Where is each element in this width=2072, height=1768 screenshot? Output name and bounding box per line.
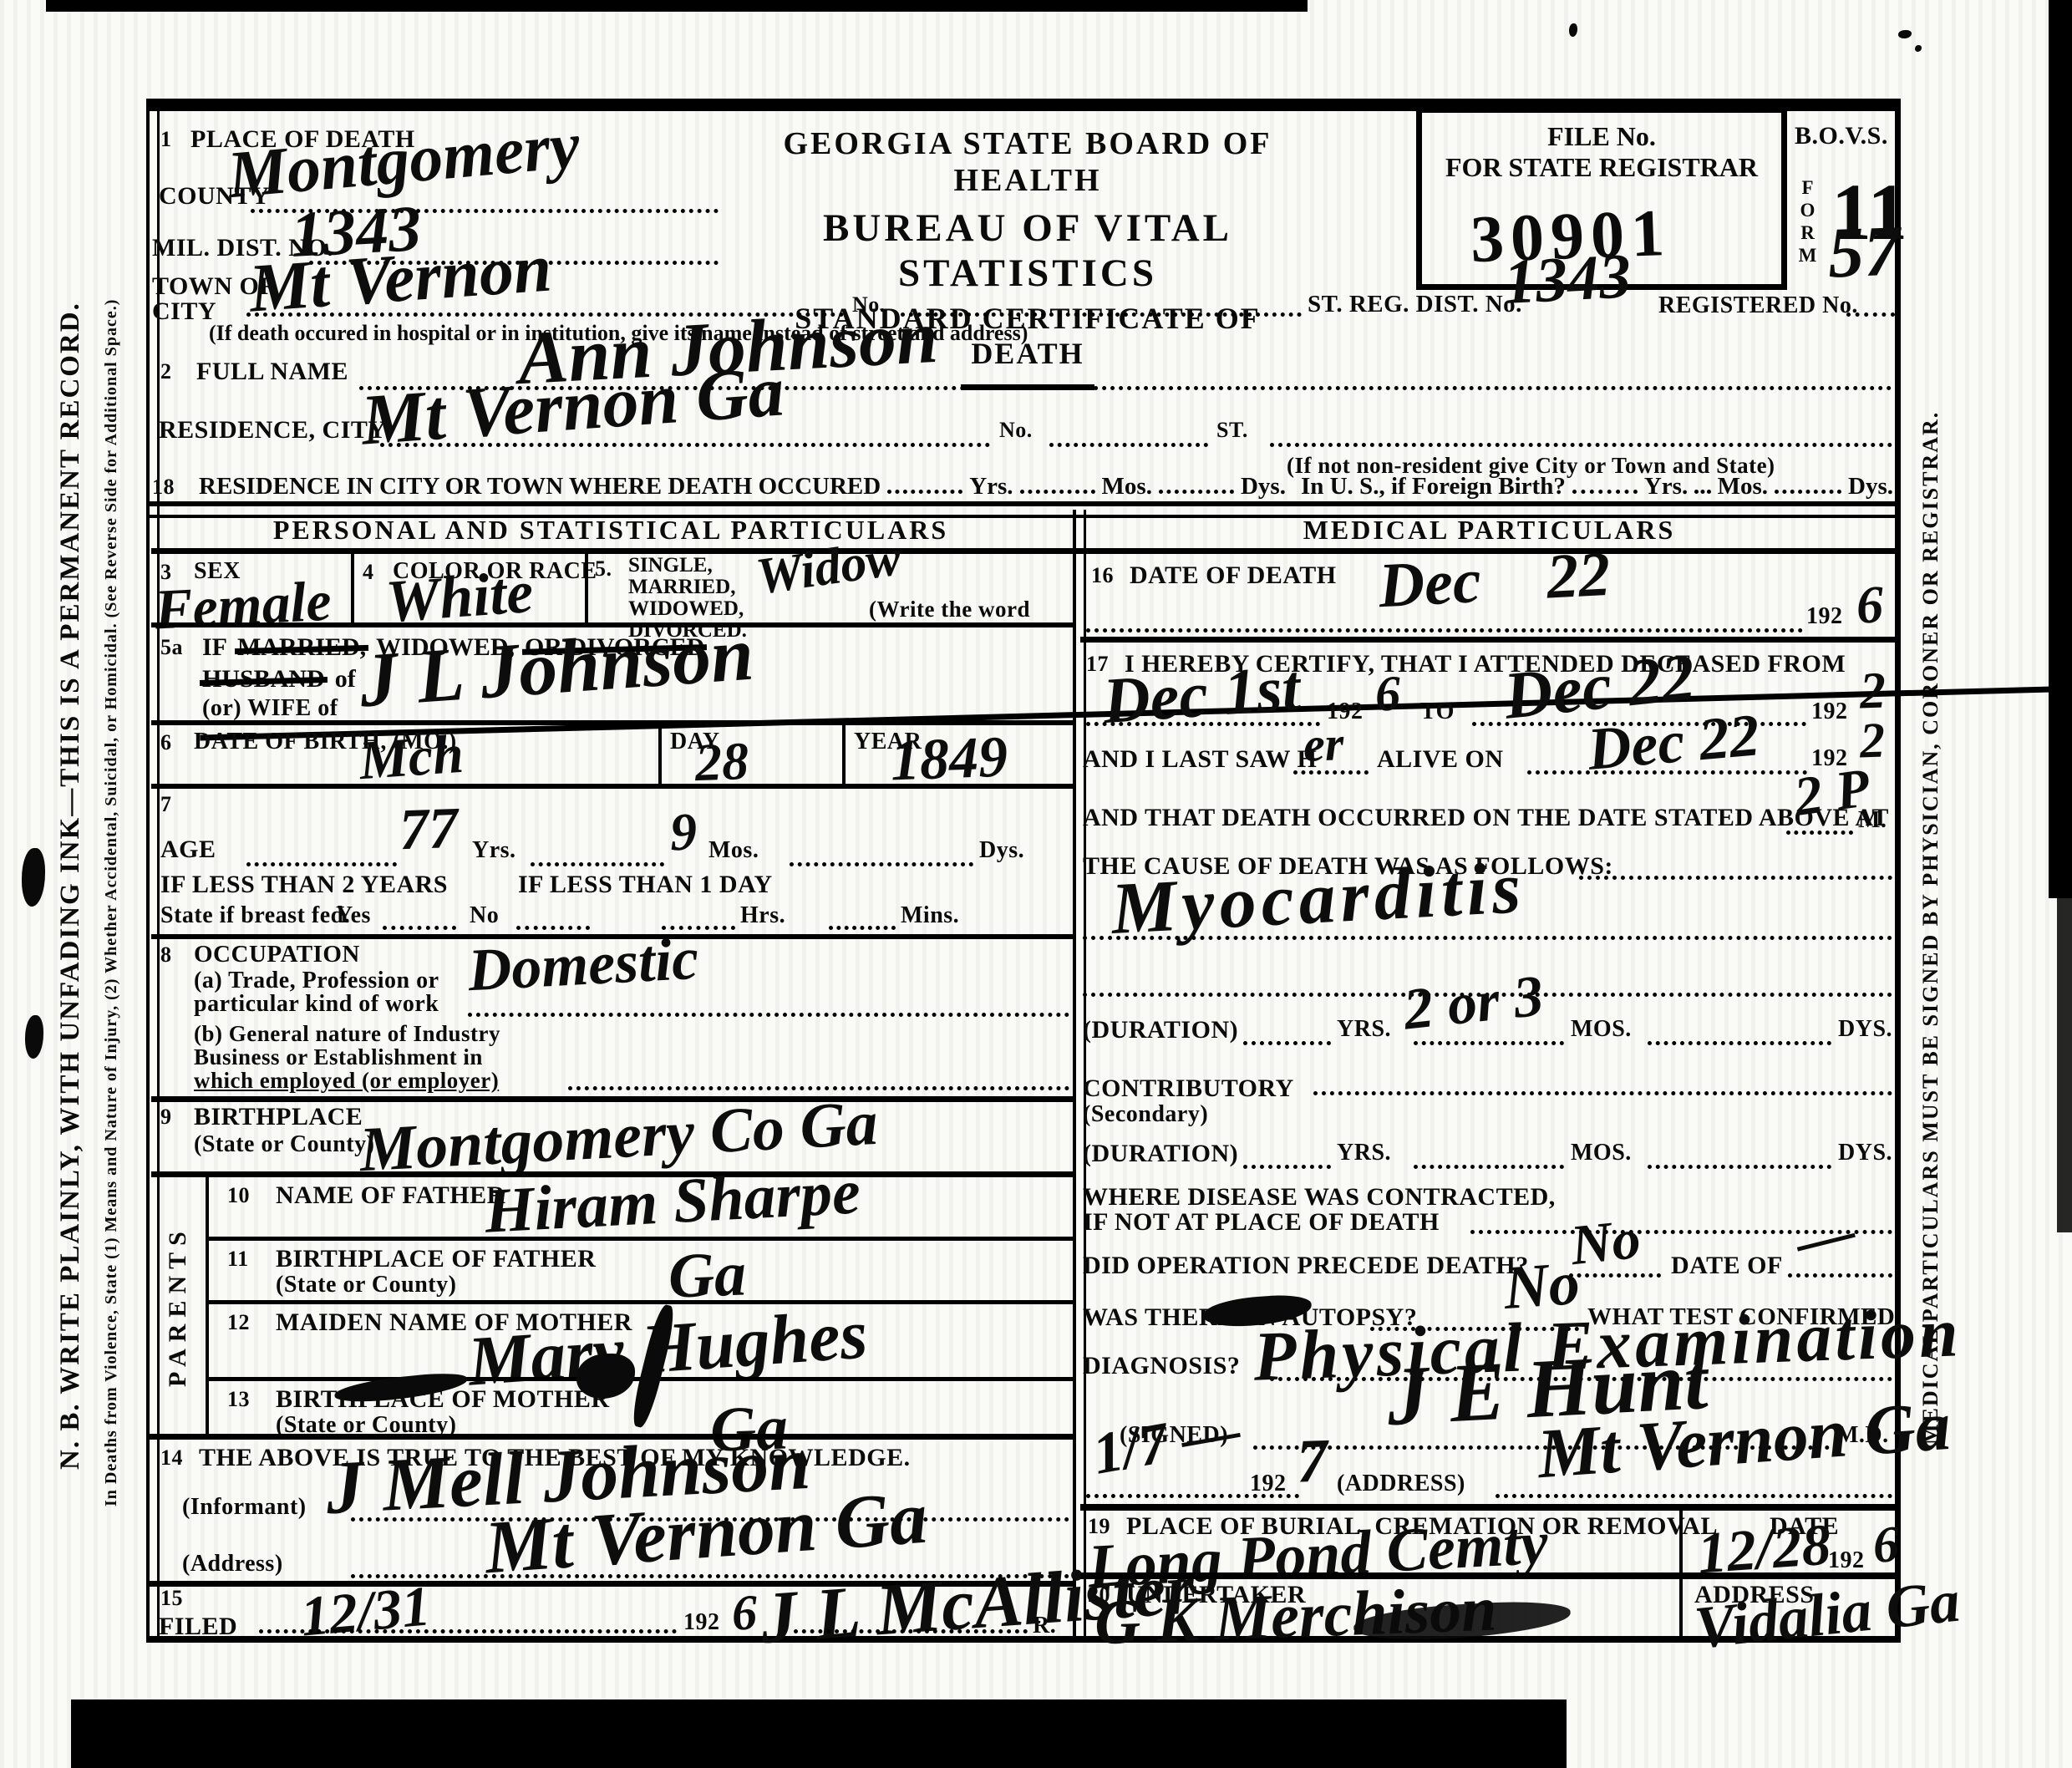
dod-line: [1086, 628, 1803, 633]
yrs2-label: Yrs.: [1644, 473, 1688, 500]
row-rule: [206, 1300, 1073, 1304]
residence-st-label: ST.: [1216, 418, 1248, 443]
husband-struck: HUSBAND: [202, 665, 325, 693]
ink-speck: [1898, 30, 1912, 38]
item9-number: 9: [160, 1105, 172, 1130]
item1-number: 1: [160, 127, 172, 152]
age-dys-line: [790, 862, 973, 866]
m5a-line2: HUSBAND of: [202, 665, 356, 693]
father-bp-sub: (State or County): [276, 1272, 456, 1298]
masthead-line2: BUREAU OF VITAL STATISTICS: [744, 206, 1312, 296]
burial-year-suf: 6: [1872, 1518, 1900, 1571]
town-no-line: [901, 312, 1302, 317]
last-saw-line2: [1527, 770, 1807, 775]
occupation-a-line: [468, 1013, 1069, 1017]
duration1-label: (DURATION): [1083, 1016, 1238, 1044]
informant-address-label: (Address): [182, 1551, 283, 1577]
scan-edge-right: [2049, 0, 2072, 898]
item8-number: 8: [160, 942, 172, 968]
cell-divider: [842, 724, 846, 784]
breast-no-label: No: [470, 902, 499, 929]
operation-line2: [1788, 1273, 1892, 1278]
residence-duration-label: RESIDENCE IN CITY OR TOWN WHERE DEATH OC…: [199, 473, 881, 500]
dod-year-suf: 6: [1856, 577, 1884, 632]
dob-day-value: 28: [694, 734, 749, 790]
yrs-label: Yrs.: [969, 473, 1013, 500]
of-word: of: [335, 665, 356, 693]
form-word-label: FORM: [1796, 177, 1818, 267]
registered-label: REGISTERED No.: [1658, 292, 1858, 319]
signed-year-suf: 7: [1296, 1430, 1329, 1492]
item15-number: 15: [160, 1586, 183, 1611]
occupation-label: OCCUPATION: [194, 941, 360, 968]
informant-label: (Informant): [182, 1494, 307, 1521]
single-option: SINGLE,: [628, 555, 747, 577]
item2-number: 2: [160, 359, 172, 384]
occupation-b2: Business or Establishment in: [194, 1044, 483, 1070]
cause-value: Myocarditis: [1110, 851, 1527, 947]
residence-duration-row: RESIDENCE IN CITY OR TOWN WHERE DEATH OC…: [199, 473, 1893, 500]
item5a-number: 5a: [160, 635, 183, 660]
occupation-b3: which employed (or employer): [194, 1068, 499, 1094]
residence-st-line: [1270, 443, 1892, 447]
diagnosis-label: DIAGNOSIS?: [1083, 1352, 1240, 1380]
ink-speck: [1915, 45, 1922, 52]
occupation-b-line: [568, 1086, 1069, 1090]
certify-from-line: [1086, 722, 1320, 726]
occupation-b1: (b) General nature of Industry: [194, 1021, 500, 1047]
married-option: MARRIED,: [628, 577, 747, 598]
dob-month-value: Mch: [358, 727, 465, 790]
duration1-yrs: YRS.: [1337, 1016, 1391, 1043]
age-yrs-value: 77: [399, 800, 459, 860]
city-label: CITY: [152, 297, 216, 326]
filed-year-pre: 192: [683, 1609, 720, 1636]
age-dys-label: Dys.: [979, 837, 1024, 864]
signed-address-label: (ADDRESS): [1337, 1471, 1465, 1497]
town-value: Mt Vernon: [247, 233, 554, 323]
birthplace-label: BIRTHPLACE: [194, 1103, 363, 1131]
mins-label: Mins.: [901, 902, 959, 929]
cell-divider: [1679, 1507, 1683, 1572]
duration2-line1: [1243, 1165, 1331, 1169]
filed-date-value: 12/31: [298, 1577, 432, 1644]
date-of-death-label: DATE OF DEATH: [1130, 561, 1337, 590]
duration2-yrs: YRS.: [1337, 1140, 1391, 1166]
certify-to-year-pre: 192: [1811, 699, 1848, 725]
cell-divider: [585, 554, 588, 622]
file-no-label: FILE No.: [1422, 121, 1781, 152]
duration2-line2: [1414, 1165, 1564, 1169]
duration1-line2: [1414, 1041, 1564, 1045]
age-yrs-line: [246, 862, 397, 866]
cell-divider: [1679, 1576, 1683, 1638]
duration2-mos: MOS.: [1571, 1140, 1632, 1166]
item5-number: 5.: [595, 556, 612, 582]
residence-no-line: [1049, 443, 1208, 447]
item7-number: 7: [160, 792, 172, 817]
ink-blot: [576, 1354, 635, 1399]
form-border-left: [146, 99, 160, 1643]
full-name-label: FULL NAME: [196, 358, 348, 386]
age-mos-line: [531, 862, 664, 866]
operation-date-label: DATE OF: [1671, 1252, 1783, 1280]
dob-year-value: 1849: [890, 729, 1008, 791]
last-saw-value: Dec 22: [1585, 704, 1761, 780]
dys-label: Dys.: [1241, 473, 1286, 500]
less-than-2-label: IF LESS THAN 2 YEARS: [160, 871, 448, 899]
death-certificate-scan: N. B. WRITE PLAINLY, WITH UNFADING INK—T…: [0, 0, 2072, 1768]
filed-line2: [794, 1629, 1028, 1633]
certify-to-label: TO: [1420, 699, 1455, 725]
married-struck: MARRIED,: [237, 633, 366, 662]
left-margin-note-secondary: In Deaths from Violence, State (1) Means…: [102, 167, 121, 1638]
parents-strip-divider: [206, 1175, 209, 1434]
ink-blot: [22, 848, 45, 907]
bovs-label: B.O.V.S.: [1795, 122, 1888, 150]
burial-year-pre: 192: [1828, 1547, 1865, 1574]
item18-number: 18: [152, 475, 175, 500]
row-rule: [151, 784, 1073, 789]
operation-date-value: —: [1790, 1202, 1861, 1273]
filed-line1: [259, 1629, 677, 1633]
row-rule: [1080, 637, 1897, 643]
cell-divider: [658, 724, 662, 784]
occurred-label: AND THAT DEATH OCCURRED ON THE DATE STAT…: [1083, 804, 1889, 832]
duration2-label: (DURATION): [1083, 1140, 1238, 1168]
duration1-line1: [1243, 1041, 1331, 1045]
item12-number: 12: [227, 1310, 250, 1335]
left-margin-note-primary: N. B. WRITE PLAINLY, WITH UNFADING INK—T…: [55, 201, 86, 1571]
duration1-mos: MOS.: [1571, 1016, 1632, 1043]
age-label: AGE: [160, 836, 216, 864]
if-label: IF: [202, 633, 227, 662]
no-line: [516, 926, 590, 930]
filed-label: FILED: [159, 1613, 237, 1641]
scan-edge-bottom: [71, 1699, 1567, 1768]
age-mos-value: 9: [669, 805, 698, 859]
father-bp-label: BIRTHPLACE OF FATHER: [276, 1245, 596, 1273]
item14-number: 14: [160, 1445, 183, 1471]
duration1-value: 2 or 3: [1401, 967, 1546, 1039]
registered-line: [1846, 312, 1895, 317]
duration1-line3: [1648, 1041, 1831, 1045]
last-saw-line1: [1293, 770, 1369, 775]
operation-line1: [1569, 1273, 1661, 1278]
last-saw-her: er: [1303, 719, 1344, 770]
certify-from-year-suf: 6: [1374, 668, 1401, 719]
item4-number: 4: [363, 560, 374, 585]
birthplace-sub: (State or County): [194, 1131, 374, 1158]
occurred-m-label: M.: [1858, 807, 1887, 834]
medical-section-header: MEDICAL PARTICULARS: [1082, 515, 1897, 546]
race-value: White: [384, 561, 536, 632]
personal-section-header: PERSONAL AND STATISTICAL PARTICULARS: [151, 515, 1070, 546]
operation-value: No: [1568, 1210, 1643, 1273]
breast-yes-label: Yes: [336, 902, 371, 929]
sex-value: Female: [153, 572, 333, 638]
us-foreign-label: In U. S., if Foreign Birth?: [1301, 473, 1566, 500]
filed-r-label: R.: [1033, 1613, 1056, 1639]
residence-label: RESIDENCE, CITY: [159, 416, 387, 445]
signed-date-line: [1086, 1494, 1299, 1498]
occupation-value: Domestic: [466, 928, 699, 1000]
item6-number: 6: [160, 730, 172, 755]
row-rule: [206, 1237, 1073, 1241]
father-bp-value: Ga: [668, 1242, 747, 1308]
contracted-line1: WHERE DISEASE WAS CONTRACTED,: [1083, 1183, 1556, 1212]
duration2-line3: [1648, 1165, 1831, 1169]
breast-fed-label: State if breast fed.: [160, 902, 350, 929]
contributory-line: [1313, 1091, 1892, 1095]
parents-strip-label: PARENTS: [164, 1195, 192, 1417]
operation-label: DID OPERATION PRECEDE DEATH?: [1083, 1252, 1529, 1280]
column-divider: [1073, 510, 1086, 1638]
item16-number: 16: [1091, 563, 1114, 588]
mos-label: Mos.: [1102, 473, 1152, 500]
header-band-rule: [151, 548, 1897, 554]
date-of-death-value: Dec 22: [1377, 542, 1612, 617]
streg-value: 1343: [1502, 244, 1633, 314]
registered-value: 57: [1827, 215, 1902, 289]
cause-label-line: [1579, 876, 1892, 880]
secondary-label: (Secondary): [1083, 1101, 1208, 1128]
scan-edge-right-lower: [2057, 898, 2072, 1232]
signed-date-value: 1/7 —: [1089, 1401, 1244, 1485]
scan-edge-top: [46, 0, 1308, 12]
row-rule: [151, 720, 1073, 725]
occurred-line: [1786, 831, 1853, 835]
cause-line: [1083, 936, 1892, 940]
residence-value: Mt Vernon Ga: [359, 354, 786, 455]
dys2-label: Dys.: [1848, 473, 1893, 500]
alive-on-label: ALIVE ON: [1377, 745, 1504, 774]
item10-number: 10: [227, 1183, 250, 1208]
for-state-registrar-label: FOR STATE REGISTRAR: [1422, 152, 1781, 183]
contributory-label: CONTRIBUTORY: [1083, 1075, 1294, 1103]
masthead-line1: GEORGIA STATE BOARD OF HEALTH: [744, 125, 1312, 199]
mins-line: [829, 926, 896, 930]
yes-line: [383, 926, 456, 930]
streg-label: ST. REG. DIST. No.: [1308, 291, 1522, 318]
dod-year-pre: 192: [1806, 603, 1843, 630]
less-than-1-label: IF LESS THAN 1 DAY: [518, 871, 773, 899]
last-saw-label: AND I LAST SAW H: [1083, 745, 1317, 774]
ink-speck: [1569, 23, 1577, 37]
duration2-dys: DYS.: [1838, 1140, 1892, 1166]
item11-number: 11: [227, 1247, 249, 1272]
filed-year-suf: 6: [731, 1587, 758, 1638]
ink-blot: [25, 1015, 43, 1059]
item13-number: 13: [227, 1387, 250, 1412]
age-yrs-label: Yrs.: [472, 837, 516, 864]
contracted-line2: IF NOT AT PLACE OF DEATH: [1083, 1208, 1440, 1237]
hrs-label: Hrs.: [740, 902, 785, 929]
father-label: NAME OF FATHER: [276, 1181, 505, 1210]
duration1-dys: DYS.: [1838, 1016, 1892, 1043]
age-mos-label: Mos.: [708, 837, 759, 864]
mos2-label: Mos.: [1718, 473, 1768, 500]
residence-no-label: No.: [999, 418, 1033, 443]
occupation-a2: particular kind of work: [194, 991, 439, 1018]
cell-divider: [351, 554, 354, 622]
row-rule: [1080, 1504, 1897, 1511]
write-the-word-note: (Write the word: [869, 597, 1030, 622]
certify-to-year-suf: 2: [1859, 664, 1887, 717]
signed-address-line: [1496, 1494, 1892, 1498]
